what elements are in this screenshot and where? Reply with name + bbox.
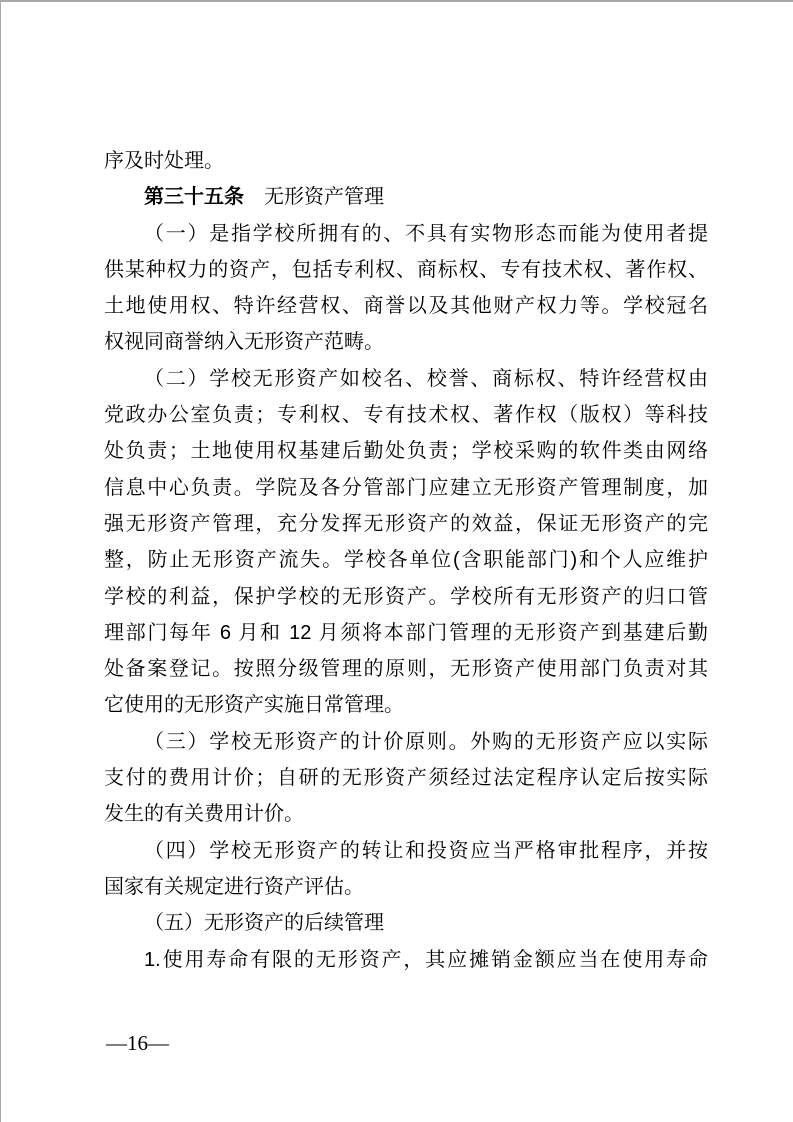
text-line: 理部门每年 6 月和 12 月须将本部门管理的无形资产到基建后勤 [104,615,708,651]
text-segment: 处备案登记。按照分级管理的原则，无形资产使用部门负责对其 [104,658,708,680]
text-line: 1.使用寿命有限的无形资产，其应摊销金额应当在使用寿命 [104,942,708,978]
text-segment: 它使用的无形资产实施日常管理。 [104,694,404,716]
text-line: （五）无形资产的后续管理 [104,905,708,941]
text-segment: 强无形资产管理，充分发挥无形资产的效益，保证无形资产的完 [104,513,708,535]
text-line: 整，防止无形资产流失。学校各单位(含职能部门)和个人应维护 [104,542,708,578]
text-line: （二）学校无形资产如校名、校誉、商标权、特许经营权由 [104,361,708,397]
text-line: 学校的利益，保护学校的无形资产。学校所有无形资产的归口管 [104,579,708,615]
text-line: 它使用的无形资产实施日常管理。 [104,687,708,723]
text-segment: （一）是指学校所拥有的、不具有实物形态而能为使用者提 [144,223,708,245]
document-page: 序及时处理。第三十五条 无形资产管理（一）是指学校所拥有的、不具有实物形态而能为… [0,0,793,1122]
text-segment: 1.使用寿命有限的无形资产，其应摊销金额应当在使用寿命 [144,949,708,971]
text-segment: 土地使用权、特许经营权、商誉以及其他财产权力等。学校冠名 [104,295,708,317]
text-line: 处备案登记。按照分级管理的原则，无形资产使用部门负责对其 [104,651,708,687]
document-body: 序及时处理。第三十五条 无形资产管理（一）是指学校所拥有的、不具有实物形态而能为… [104,143,708,978]
text-segment: 整，防止无形资产流失。学校各单位(含职能部门)和个人应维护 [104,549,708,571]
text-segment: （三）学校无形资产的计价原则。外购的无形资产应以实际 [144,731,708,753]
text-line: 党政办公室负责；专利权、专有技术权、著作权（版权）等科技 [104,397,708,433]
text-segment: （二）学校无形资产如校名、校誉、商标权、特许经营权由 [144,368,708,390]
text-line: （三）学校无形资产的计价原则。外购的无形资产应以实际 [104,724,708,760]
text-line: 强无形资产管理，充分发挥无形资产的效益，保证无形资产的完 [104,506,708,542]
text-line: 国家有关规定进行资产评估。 [104,869,708,905]
text-line: 序及时处理。 [104,143,708,179]
text-segment: 理部门每年 6 月和 12 月须将本部门管理的无形资产到基建后勤 [104,622,708,644]
article-number: 第三十五条 [144,186,244,208]
text-segment: 处负责；土地使用权基建后勤处负责；学校采购的软件类由网络 [104,440,708,462]
text-segment: （四）学校无形资产的转让和投资应当严格审批程序，并按 [144,840,708,862]
text-segment: 国家有关规定进行资产评估。 [104,876,364,898]
text-line: 发生的有关费用计价。 [104,796,708,832]
text-line: 土地使用权、特许经营权、商誉以及其他财产权力等。学校冠名 [104,288,708,324]
page-number: —16— [106,1030,169,1056]
text-segment: 权视同商誉纳入无形资产范畴。 [104,331,384,353]
text-line: （四）学校无形资产的转让和投资应当严格审批程序，并按 [104,833,708,869]
text-segment: 供某种权力的资产，包括专利权、商标权、专有技术权、著作权、 [104,259,708,281]
article-heading: 第三十五条 无形资产管理 [104,179,708,215]
text-segment: 无形资产管理 [244,186,384,208]
text-segment: （五）无形资产的后续管理 [144,912,384,934]
text-segment: 序及时处理。 [104,150,224,172]
text-segment: 党政办公室负责；专利权、专有技术权、著作权（版权）等科技 [104,404,708,426]
text-line: 供某种权力的资产，包括专利权、商标权、专有技术权、著作权、 [104,252,708,288]
text-segment: 信息中心负责。学院及各分管部门应建立无形资产管理制度，加 [104,477,708,499]
text-line: 支付的费用计价；自研的无形资产须经过法定程序认定后按实际 [104,760,708,796]
text-segment: 发生的有关费用计价。 [104,803,304,825]
text-segment: 支付的费用计价；自研的无形资产须经过法定程序认定后按实际 [104,767,708,789]
text-line: 信息中心负责。学院及各分管部门应建立无形资产管理制度，加 [104,470,708,506]
text-line: （一）是指学校所拥有的、不具有实物形态而能为使用者提 [104,216,708,252]
text-line: 权视同商誉纳入无形资产范畴。 [104,324,708,360]
text-line: 处负责；土地使用权基建后勤处负责；学校采购的软件类由网络 [104,433,708,469]
text-segment: 学校的利益，保护学校的无形资产。学校所有无形资产的归口管 [104,586,708,608]
